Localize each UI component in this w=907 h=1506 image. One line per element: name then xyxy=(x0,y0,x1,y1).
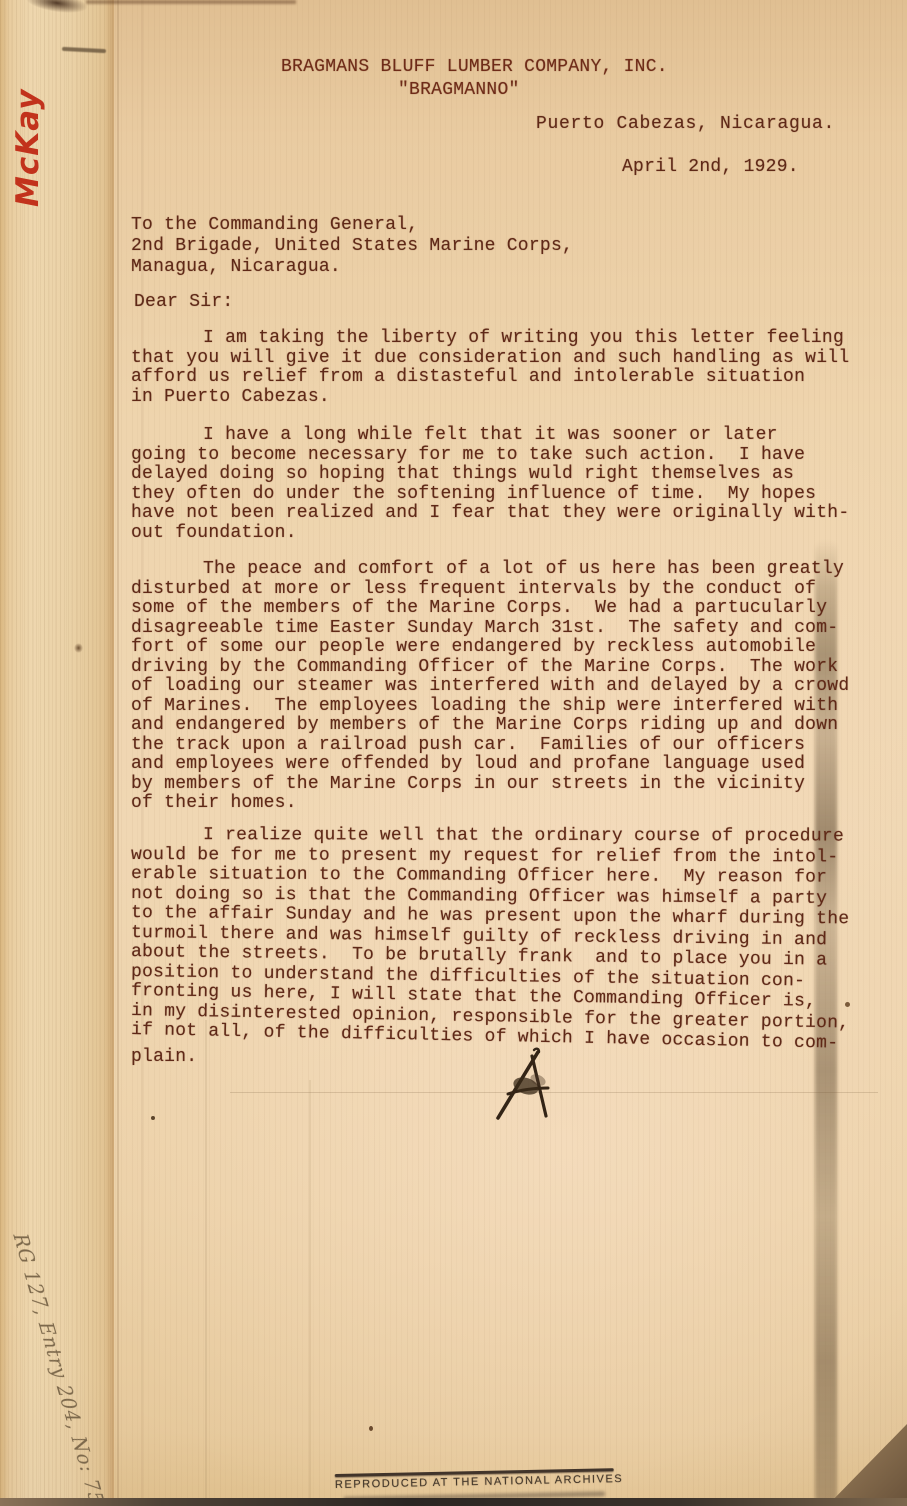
text-line: some of the members of the Marine Corps.… xyxy=(131,599,876,619)
text-line: that you will give it due consideration … xyxy=(131,349,876,369)
text-line: afford us relief from a distasteful and … xyxy=(131,368,876,388)
text-line: The peace and comfort of a lot of us her… xyxy=(131,560,876,580)
national-archives-stamp: REPRODUCED AT THE NATIONAL ARCHIVES xyxy=(335,1468,624,1502)
text-line: I realize quite well that the ordinary c… xyxy=(131,826,876,847)
text-line: out foundation. xyxy=(131,524,876,544)
fold-crease xyxy=(205,1020,207,1506)
date-line: April 2nd, 1929. xyxy=(622,157,799,177)
paper-speck xyxy=(845,1002,850,1007)
letterhead-cable-name: "BRAGMANNO" xyxy=(398,80,520,100)
body-paragraph-2: I have a long while felt that it was soo… xyxy=(131,426,876,543)
recipient-line: To the Commanding General, xyxy=(131,215,876,236)
paper-speck xyxy=(74,643,83,653)
page-left-edge-strip xyxy=(0,0,114,1506)
place-line: Puerto Cabezas, Nicaragua. xyxy=(536,114,835,134)
text-line: they often do under the softening influe… xyxy=(131,485,876,505)
paper-speck xyxy=(369,1426,373,1431)
text-line: I am taking the liberty of writing you t… xyxy=(131,329,876,349)
text-line: disagreeable time Easter Sunday March 31… xyxy=(131,619,876,639)
text-line: in Puerto Cabezas. xyxy=(131,388,876,408)
body-paragraph-1: I am taking the liberty of writing you t… xyxy=(131,329,876,407)
document-page: BRAGMANS BLUFF LUMBER COMPANY, INC. "BRA… xyxy=(0,0,907,1506)
paper-speck xyxy=(151,1116,155,1120)
text-line: and employees were offended by loud and … xyxy=(131,755,876,775)
text-line: and endangered by members of the Marine … xyxy=(131,716,876,736)
fold-crease xyxy=(117,0,119,1506)
text-line: have not been realized and I fear that t… xyxy=(131,504,876,524)
red-annotation-mckay: McKay xyxy=(10,89,46,207)
recipient-line: Managua, Nicaragua. xyxy=(131,257,876,278)
letterhead-company-name: BRAGMANS BLUFF LUMBER COMPANY, INC. xyxy=(281,57,668,77)
text-line: by members of the Marine Corps in our st… xyxy=(131,775,876,795)
text-line: going to become necessary for me to take… xyxy=(131,446,876,466)
text-line: driving by the Commanding Officer of the… xyxy=(131,658,876,678)
fold-crease xyxy=(309,1080,311,1506)
scan-bottom-edge xyxy=(0,1498,907,1506)
paragraph-final-word: plain. xyxy=(131,1047,197,1067)
text-line: of loading our steamer was interfered wi… xyxy=(131,677,876,697)
text-line: delayed doing so hoping that things wuld… xyxy=(131,465,876,485)
recipient-line: 2nd Brigade, United States Marine Corps, xyxy=(131,236,876,257)
body-paragraph-3: The peace and comfort of a lot of us her… xyxy=(131,560,876,814)
text-line: I have a long while felt that it was soo… xyxy=(131,426,876,446)
text-line: the track upon a railroad push car. Fami… xyxy=(131,736,876,756)
corner-fold-bottom-right xyxy=(827,1424,907,1506)
text-line: disturbed at more or less frequent inter… xyxy=(131,580,876,600)
top-edge-line xyxy=(86,0,296,4)
text-line: of their homes. xyxy=(131,794,876,814)
recipient-address: To the Commanding General, 2nd Brigade, … xyxy=(131,215,876,278)
handwritten-letter-a xyxy=(486,1046,558,1127)
body-paragraph-4: I realize quite well that the ordinary c… xyxy=(131,826,876,1041)
text-line: fort of some our people were endangered … xyxy=(131,638,876,658)
text-line: of Marines. The employees loading the sh… xyxy=(131,697,876,717)
salutation: Dear Sir: xyxy=(134,292,233,312)
